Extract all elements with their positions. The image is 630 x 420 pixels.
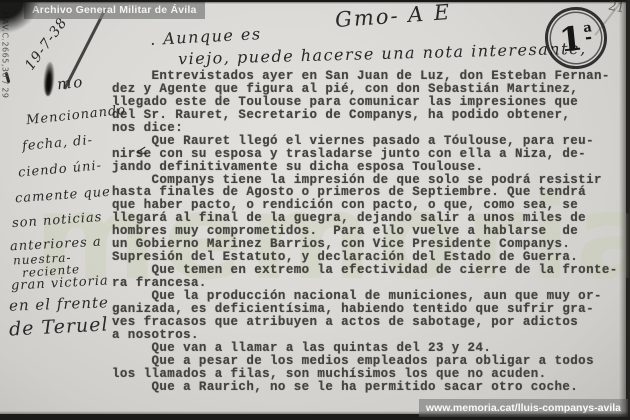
typed-line: a nosotros. <box>112 329 618 342</box>
scan-edge-right <box>619 0 630 420</box>
typed-line: nirse con su esposa y trasladarse junto … <box>112 148 618 161</box>
typed-line: los llamados a filas, son muchísimos los… <box>112 368 618 381</box>
typed-line: llegado este de Toulouse para comunicar … <box>112 96 618 109</box>
typed-text-block: Entrevistados ayer en San Juan de Luz, d… <box>112 70 618 393</box>
stamp-number: 1 <box>558 21 584 56</box>
typed-line: Que a Raurich, no se le ha permitido sac… <box>112 381 618 394</box>
typed-line: ganizada, es deficientísima, habiendo te… <box>112 303 618 316</box>
scanned-document-page: memoria Entrevistados ayer en San Juan d… <box>0 0 630 420</box>
typed-line: jando definitivamente su dicha esposa To… <box>112 161 618 174</box>
typed-line: ves fracasos que atribuyen a actos de sa… <box>112 316 618 329</box>
handwritten-scribble: mo <box>56 73 85 94</box>
typed-line: Que Rauret llegó el viernes pasado a Tóu… <box>112 135 618 148</box>
scan-edge-top <box>0 0 630 4</box>
stamp-dash: - <box>585 34 593 42</box>
margin-note-line: en el frente <box>9 293 109 314</box>
typed-line: dez y Agente que figura al pié, con don … <box>112 83 618 96</box>
typed-line: del Sr. Rauret, Secretario de Companys, … <box>112 109 618 122</box>
scan-edge-bottom <box>0 411 630 420</box>
typed-line: Que la producción nacional de municiones… <box>112 290 618 303</box>
dark-corner-top-left <box>0 0 40 34</box>
archive-watermark-label: Archivo General Militar de Ávila <box>24 2 205 19</box>
typed-line: Que van a llamar a las quintas del 23 y … <box>112 342 618 355</box>
typed-line: Entrevistados ayer en San Juan de Luz, d… <box>112 70 618 83</box>
typed-line: Que a pesar de los medios empleados para… <box>112 355 618 368</box>
typed-line: ra francesa. <box>112 277 618 290</box>
stamp-ordinal: a - <box>583 21 594 42</box>
typed-line: nos dice: <box>112 122 618 135</box>
